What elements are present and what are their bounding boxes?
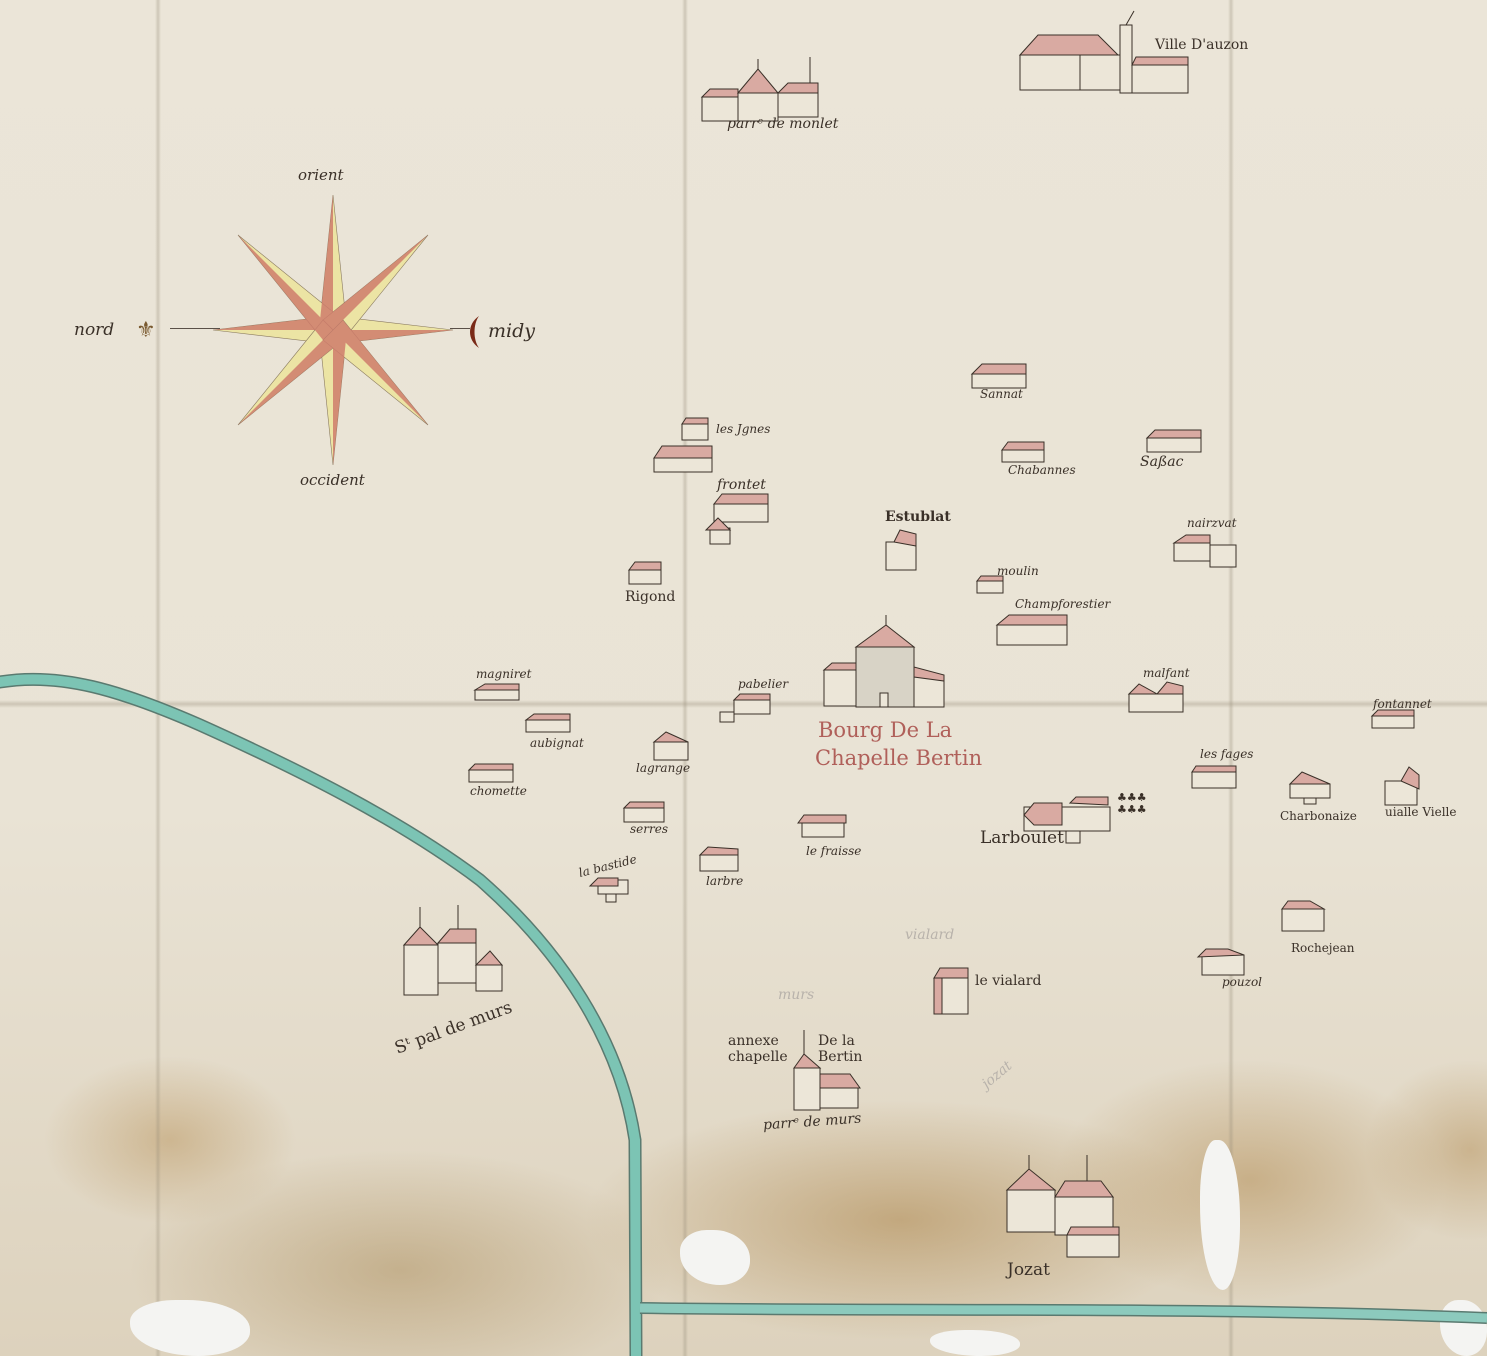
place-label: parrᵉ de monlet [727,117,838,131]
place-label: lagrange [636,762,690,774]
settlement-icon-aubignat [524,712,572,734]
place-label: Jozat [1007,1262,1050,1279]
place-label: chapelle [728,1050,788,1064]
pencil-note: vialard [905,928,954,942]
place-label: Charbonaize [1280,810,1357,822]
settlement-icon-la-bastide [588,868,632,904]
place-label: Champforestier [1015,598,1110,610]
place-label: pabelier [738,678,788,690]
settlement-icon-le-vialard [930,966,970,1016]
place-label: pouzol [1222,976,1262,988]
compass-north-label: nord [74,320,114,340]
settlement-icon-frontet [706,492,771,547]
settlement-icon-estublat [880,528,922,572]
historical-map: orient occident nord midy ⚜ parrᵉ de mon… [0,0,1487,1356]
place-label: annexe [728,1034,779,1048]
settlement-icon-ville-dauzon [1018,15,1193,100]
settlement-icon-charbonnaize [1288,770,1334,806]
place-label: le fraisse [806,845,861,857]
settlement-icon-parr-de-monlet [700,55,825,125]
place-label: frontet [717,478,766,492]
place-label: Rochejean [1291,942,1355,954]
settlement-icon-chomette [467,762,515,784]
settlement-icon-le-fraisse [798,813,848,839]
settlement-icon-rochejean [1280,897,1326,933]
settlement-icon-sassac [1145,428,1203,454]
place-label: Rigond [625,590,675,604]
settlement-icon-les-fages [1190,764,1238,790]
settlement-icon-magniret [473,682,521,702]
settlement-icon-pabelier [718,692,772,724]
compass-star-icon [205,190,465,470]
settlement-icon-champforestier [995,613,1070,647]
settlement-icon-st-pal-de-murs [400,905,505,1000]
settlement-icon-jozat [1005,1155,1125,1265]
settlement-icon-bourg-chapelle-bertin [822,615,950,710]
place-label: larbre [706,875,743,887]
settlement-icon-fontannet [1370,708,1416,730]
place-label: serres [630,823,668,835]
place-label: Saßac [1140,455,1183,469]
place-label: les fages [1200,748,1253,760]
compass-west-label: occident [300,471,365,489]
compass-east-label: orient [298,166,344,184]
place-label: Ville D'auzon [1155,38,1248,52]
place-label: Estublat [885,510,951,524]
settlement-icon-sannat [970,362,1030,390]
settlement-icon-moulin [975,575,1005,595]
place-label: nairzvat [1187,517,1237,529]
settlement-icon-larbre [698,845,740,873]
place-label: malfant [1143,667,1190,679]
place-label: Sannat [980,388,1023,400]
place-label: le vialard [975,974,1041,988]
settlement-icon-rigond [627,560,663,586]
place-label: chomette [470,785,527,797]
place-label: Chabannes [1008,464,1076,476]
crescent-moon-icon [465,314,485,350]
settlement-icon-lagrange [652,730,690,762]
compass-south-label: midy [488,320,535,342]
settlement-icon-nairzvat [1172,533,1240,571]
settlement-icon-annexe-chapelle-bertin [790,1028,862,1112]
pencil-note: murs [778,988,814,1002]
trees-icon: ♣♣♣♣♣♣ [1117,792,1147,816]
place-label: magniret [476,668,531,680]
place-label: Larboulet [980,830,1064,847]
place-label: uialle Vielle [1385,806,1456,818]
map-title-line2: Chapelle Bertin [815,748,982,769]
map-title-line1: Bourg De La [818,720,952,741]
fleur-de-lis-icon: ⚜ [136,318,156,343]
settlement-icon-vialle-vielle [1383,765,1423,807]
settlement-icon-chabannes [1000,438,1046,464]
place-label: aubignat [530,737,584,749]
settlement-icon-malfant [1127,680,1187,714]
settlement-icon-pouzol [1198,943,1248,977]
place-label: les Jgnes [716,423,770,435]
settlement-icon-les-jgnes [652,416,714,474]
